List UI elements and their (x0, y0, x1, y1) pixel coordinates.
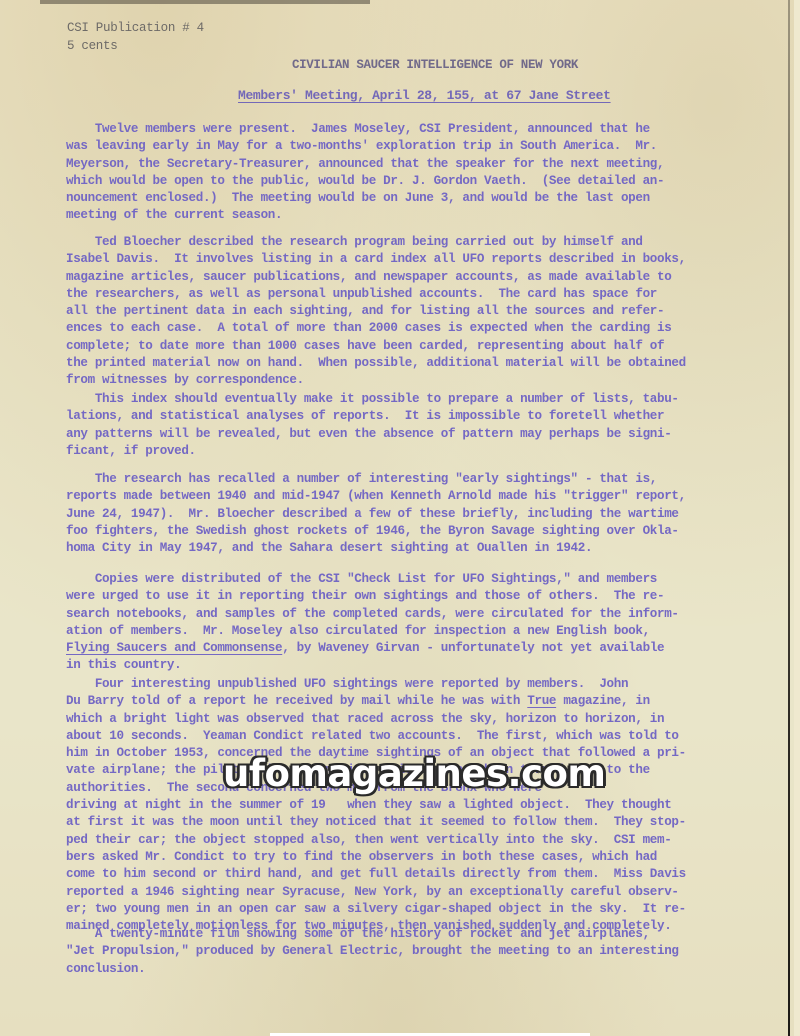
text-line: which would be open to the public, would… (66, 173, 756, 190)
text-line: ation of members. Mr. Moseley also circu… (66, 623, 756, 640)
text-line: was leaving early in May for a two-month… (66, 138, 756, 155)
paragraph-check-list: Copies were distributed of the CSI "Chec… (66, 571, 756, 675)
page-right-edge (788, 0, 790, 1036)
text-line: Meyerson, the Secretary-Treasurer, annou… (66, 156, 756, 173)
underlined-title: True (527, 694, 556, 708)
text-line: from witnesses by correspondence. (66, 372, 756, 389)
page-top-edge (40, 0, 370, 4)
text-line: bers asked Mr. Condict to try to find th… (66, 849, 756, 866)
text-line: Twelve members were present. James Mosel… (66, 121, 756, 138)
text-line: Du Barry told of a report he received by… (66, 693, 756, 710)
text-line: ficant, if proved. (66, 443, 756, 460)
watermark: ufomagazines.com (223, 752, 605, 795)
text-line: Isabel Davis. It involves listing in a c… (66, 251, 756, 268)
text-line: which a bright light was observed that r… (66, 711, 756, 728)
text-line: any patterns will be revealed, but even … (66, 426, 756, 443)
text-line: meeting of the current season. (66, 207, 756, 224)
text-line: conclusion. (66, 961, 756, 978)
text-line: Flying Saucers and Commonsense, by Waven… (66, 640, 756, 657)
text-line: in this country. (66, 657, 756, 674)
text-line: June 24, 1947). Mr. Bloecher described a… (66, 506, 756, 523)
text-line: ped their car; the object stopped also, … (66, 832, 756, 849)
text-line: search notebooks, and samples of the com… (66, 606, 756, 623)
text-line: homa City in May 1947, and the Sahara de… (66, 540, 756, 557)
text-line: at first it was the moon until they noti… (66, 814, 756, 831)
publication-info: CSI Publication # 4 5 cents (67, 19, 204, 55)
text-line: lations, and statistical analyses of rep… (66, 408, 756, 425)
organization-title: CIVILIAN SAUCER INTELLIGENCE OF NEW YORK (0, 58, 800, 72)
document-page: CSI Publication # 4 5 cents CIVILIAN SAU… (0, 0, 794, 1036)
text-line: Ted Bloecher described the research prog… (66, 234, 756, 251)
paragraph-research-program: Ted Bloecher described the research prog… (66, 234, 756, 390)
text-line: the researchers, as well as personal unp… (66, 286, 756, 303)
publication-number: CSI Publication # 4 (67, 19, 204, 37)
text-line: magazine articles, saucer publications, … (66, 269, 756, 286)
text-line: reported a 1946 sighting near Syracuse, … (66, 884, 756, 901)
text-line: Copies were distributed of the CSI "Chec… (66, 571, 756, 588)
text-line: nouncement enclosed.) The meeting would … (66, 190, 756, 207)
text-line: about 10 seconds. Yeaman Condict related… (66, 728, 756, 745)
underlined-title: Flying Saucers and Commonsense (66, 641, 282, 655)
text-line: complete; to date more than 1000 cases h… (66, 338, 756, 355)
paragraph-index-analysis: This index should eventually make it pos… (66, 391, 756, 460)
meeting-heading: Members' Meeting, April 28, 155, at 67 J… (238, 88, 611, 103)
paragraph-early-sightings: The research has recalled a number of in… (66, 471, 756, 557)
paragraph-unpublished-sightings: Four interesting unpublished UFO sightin… (66, 676, 756, 935)
text-line: "Jet Propulsion," produced by General El… (66, 943, 756, 960)
text-line: foo fighters, the Swedish ghost rockets … (66, 523, 756, 540)
text-line: er; two young men in an open car saw a s… (66, 901, 756, 918)
text-line: come to him second or third hand, and ge… (66, 866, 756, 883)
text-line: The research has recalled a number of in… (66, 471, 756, 488)
text-line: ences to each case. A total of more than… (66, 320, 756, 337)
paragraph-film: A twenty-minute film showing some of the… (66, 926, 756, 978)
text-line: were urged to use it in reporting their … (66, 588, 756, 605)
text-line: driving at night in the summer of 19 whe… (66, 797, 756, 814)
text-line: the printed material now on hand. When p… (66, 355, 756, 372)
text-line: all the pertinent data in each sighting,… (66, 303, 756, 320)
text-line: reports made between 1940 and mid-1947 (… (66, 488, 756, 505)
text-line: A twenty-minute film showing some of the… (66, 926, 756, 943)
publication-price: 5 cents (67, 37, 204, 55)
text-line: This index should eventually make it pos… (66, 391, 756, 408)
paragraph-announcements: Twelve members were present. James Mosel… (66, 121, 756, 225)
text-line: Four interesting unpublished UFO sightin… (66, 676, 756, 693)
